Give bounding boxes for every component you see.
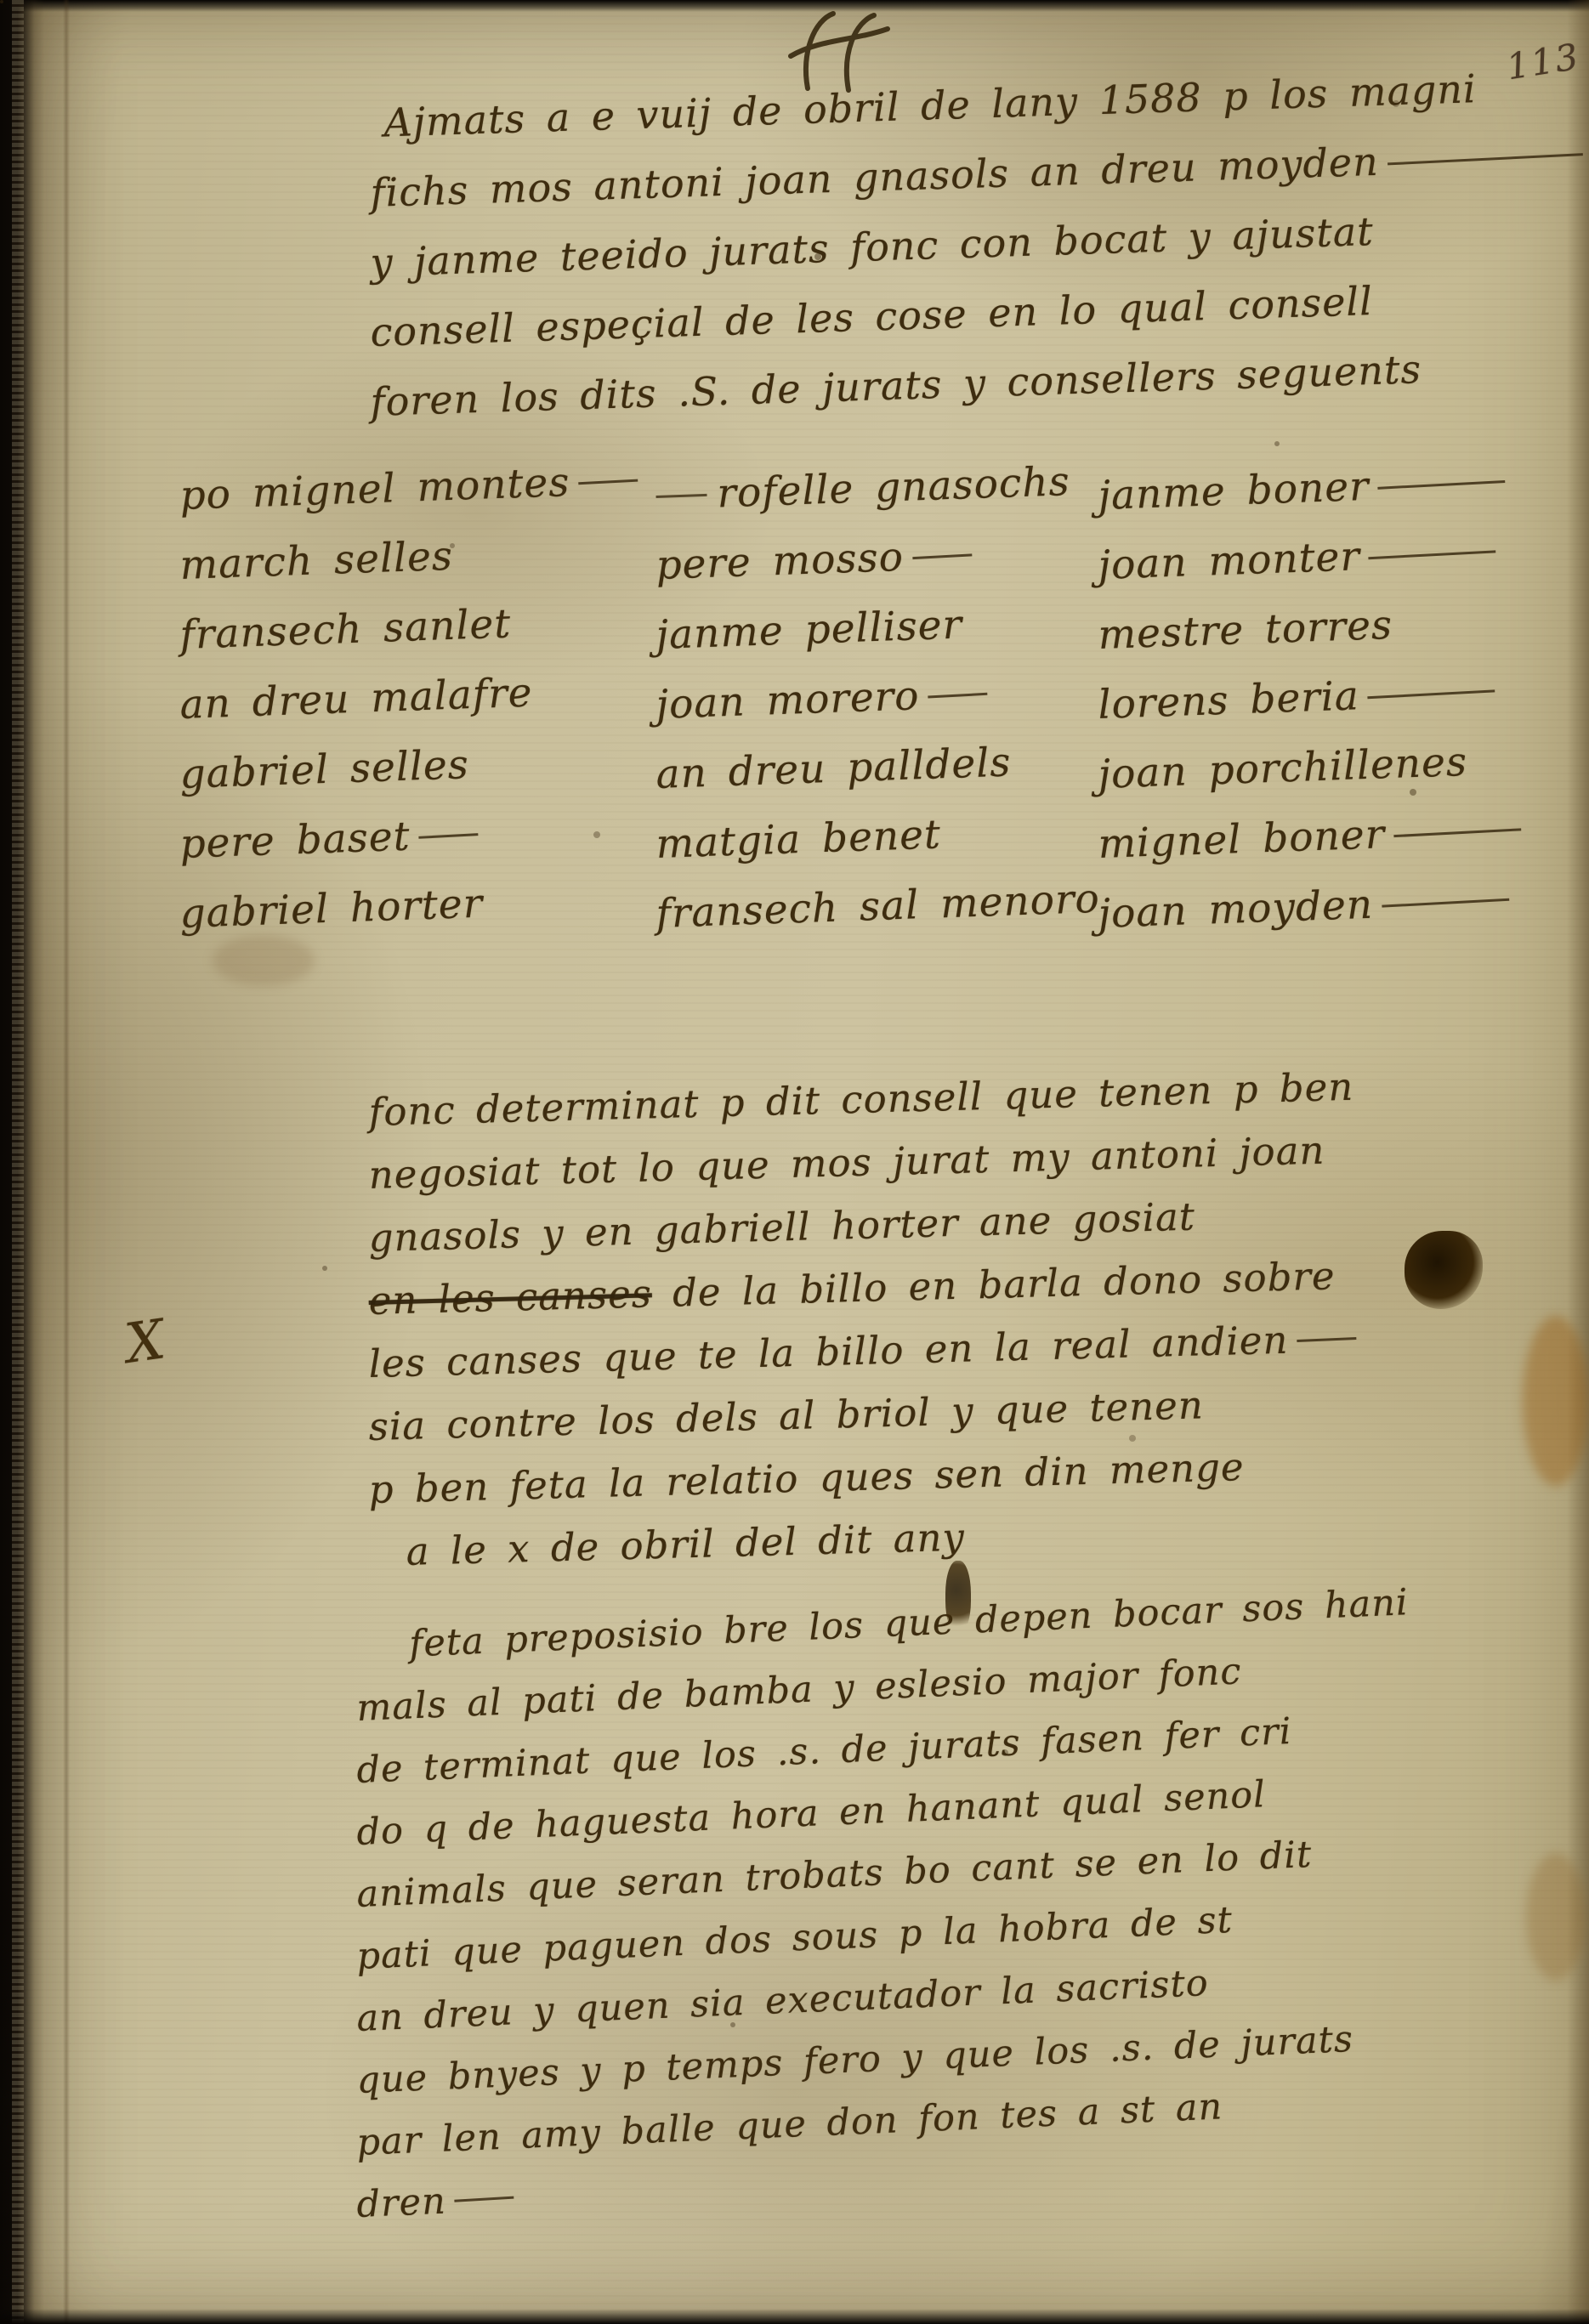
ink-specks <box>0 0 3 3</box>
edge-stain <box>1526 1853 1586 1981</box>
ink-smudge <box>945 1561 971 1634</box>
attendee-column-3: janme boner joan monter mestre torres lo… <box>1098 473 1522 961</box>
attendee-column-1: po mignel montes march selles fransech s… <box>180 473 638 961</box>
resolution-paragraph: fonc determinat p dit consell que tenen … <box>369 1090 1357 1593</box>
book-bottom-edge <box>0 2309 1589 2324</box>
page-crease <box>63 0 70 2324</box>
attendee-name: fransech sal menoro <box>655 876 1102 961</box>
paper-stain <box>213 935 315 986</box>
session-heading: Ajmats a e vuij de obril de lany 1588 p … <box>371 100 1584 449</box>
attendee-name: joan moyden <box>1098 876 1523 961</box>
margin-mark: X <box>122 1308 169 1376</box>
edge-stain <box>1523 1316 1589 1486</box>
attendee-column-2: rofelle gnasochs pere mosso janme pellis… <box>656 473 1100 961</box>
proposition-paragraph: feta preposisio bre los que depen bocar … <box>357 1625 1410 2246</box>
ink-blot <box>1405 1231 1483 1309</box>
page-edges <box>12 0 24 2324</box>
struck-text: en les canses <box>368 1271 652 1324</box>
manuscript-page: 113 Ajmats a e vuij de obril de lany 158… <box>0 0 1589 2324</box>
